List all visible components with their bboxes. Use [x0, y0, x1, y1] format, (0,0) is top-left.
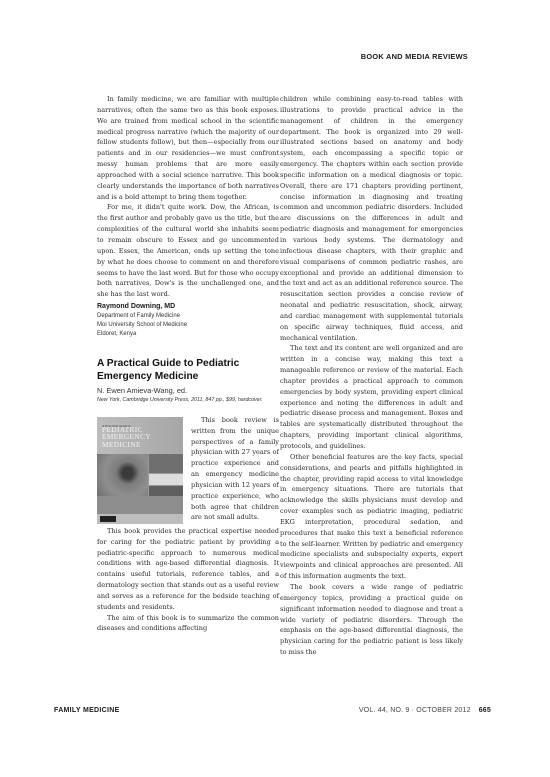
publication-info: New York, Cambridge University Press, 20…	[97, 396, 279, 404]
journal-name: FAMILY MEDICINE	[54, 707, 120, 714]
cover-and-intro: A Practical Guide to PEDIATRIC EMERGENCY…	[97, 415, 279, 526]
paragraph: children while combining easy-to-read ta…	[280, 94, 463, 343]
left-column: In family medicine, we are familiar with…	[97, 94, 279, 634]
review-title: A Practical Guide to Pediatric Emergency…	[97, 358, 279, 382]
paragraph: In family medicine, we are familiar with…	[97, 94, 279, 202]
cover-title-line: MEDICINE	[102, 441, 151, 449]
book-cover-image: A Practical Guide to PEDIATRIC EMERGENCY…	[97, 417, 183, 524]
cover-photo-child	[97, 454, 148, 496]
paragraph: The book covers a wide range of pediatri…	[280, 582, 463, 658]
paragraph: The text and its content are well organi…	[280, 343, 463, 451]
paragraph: This book provides the practical experti…	[97, 526, 279, 613]
reviewer-department: Department of Family Medicine	[97, 312, 279, 321]
paragraph: For me, it didn't quite work. Dow, the A…	[97, 202, 279, 300]
publisher-logo-icon	[100, 516, 116, 522]
cover-photo-small	[149, 474, 183, 485]
paragraph: The aim of this book is to summarize the…	[97, 613, 279, 635]
cover-blurb	[97, 496, 183, 514]
issue-volume: VOL. 44, NO. 9 · OCTOBER 2012	[359, 707, 471, 714]
reviewer-institution: Moi University School of Medicine	[97, 321, 279, 330]
cover-title: PEDIATRIC EMERGENCY MEDICINE	[102, 426, 151, 449]
reviewer-signature: Raymond Downing, MD Department of Family…	[97, 302, 279, 338]
reviewer-location: Eldoret, Kenya	[97, 330, 279, 339]
book-editor: N. Ewen Amieva-Wang, ed.	[97, 385, 279, 396]
cover-photo-small	[149, 454, 183, 473]
issue-info: VOL. 44, NO. 9 · OCTOBER 2012665	[359, 707, 491, 714]
section-header: BOOK AND MEDIA REVIEWS	[361, 52, 468, 61]
paragraph: Other beneficial features are the key fa…	[280, 452, 463, 582]
page-number: 665	[479, 707, 491, 714]
right-column: children while combining easy-to-read ta…	[280, 94, 463, 658]
reviewer-name: Raymond Downing, MD	[97, 302, 279, 312]
